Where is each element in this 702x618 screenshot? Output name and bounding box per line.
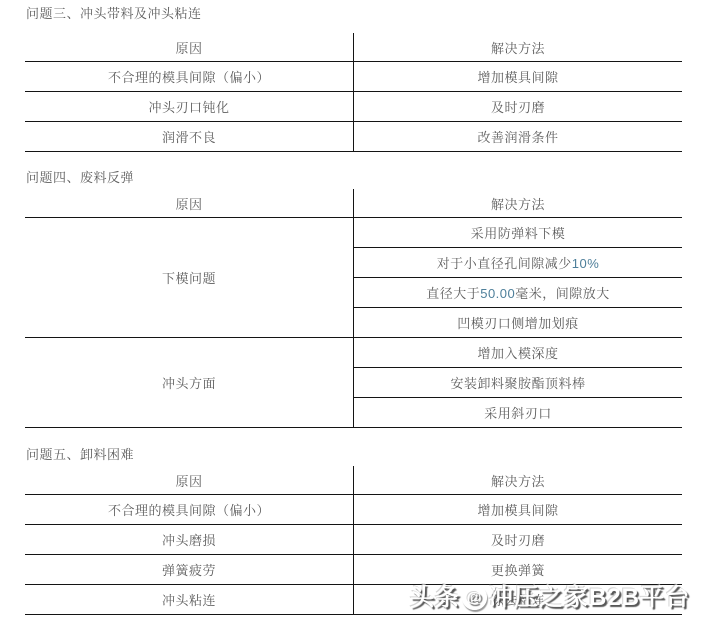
problem-section-4: 问题四、废料反弹 原因 解决方法 下模问题 采用防弹料下模 对于小直径孔间隙减少… xyxy=(0,171,702,428)
cause-cell: 冲头磨损 xyxy=(25,525,354,555)
section-title: 问题四、废料反弹 xyxy=(26,171,702,185)
article-page: 问题三、冲头带料及冲头粘连 原因 解决方法 不合理的模具间隙（偏小） 增加模具间… xyxy=(0,0,702,618)
header-row: 原因 解决方法 xyxy=(25,466,682,495)
solution-cell: 及时刃磨 xyxy=(354,525,683,555)
column-header-cause: 原因 xyxy=(25,466,354,495)
column-header-solution: 解决方法 xyxy=(354,33,683,62)
table-row: 冲头方面 增加入模深度 xyxy=(25,338,682,368)
solution-cell: 对于小直径孔间隙减少10% xyxy=(354,248,683,278)
solution-cell: 直径大于50.00毫米，间隙放大 xyxy=(354,278,683,308)
solution-cell: 及时刃磨 xyxy=(354,92,683,122)
solution-cell: 安装卸料聚胺酯顶料棒 xyxy=(354,368,683,398)
table-row: 冲头刃口钝化 及时刃磨 xyxy=(25,92,682,122)
table-row: 下模问题 采用防弹料下模 xyxy=(25,218,682,248)
table-row: 不合理的模具间隙（偏小） 增加模具间隙 xyxy=(25,495,682,525)
solution-cell: 增加入模深度 xyxy=(354,338,683,368)
column-header-solution: 解决方法 xyxy=(354,189,683,218)
solution-text: 毫米，间隙放大 xyxy=(515,286,610,301)
solution-text: 直径大于 xyxy=(426,286,480,301)
header-row: 原因 解决方法 xyxy=(25,189,682,218)
at-circle-icon: @ xyxy=(462,585,487,610)
column-header-cause: 原因 xyxy=(25,189,354,218)
solution-number: 50.00 xyxy=(480,286,515,301)
cause-cell: 冲头刃口钝化 xyxy=(25,92,354,122)
cause-solution-table: 原因 解决方法 不合理的模具间隙（偏小） 增加模具间隙 冲头刃口钝化 及时刃磨 … xyxy=(25,33,682,152)
column-header-solution: 解决方法 xyxy=(354,466,683,495)
cause-cell-merged: 冲头方面 xyxy=(25,338,354,428)
table-row: 冲头磨损 及时刃磨 xyxy=(25,525,682,555)
solution-number: 10% xyxy=(572,256,600,271)
cause-cell: 润滑不良 xyxy=(25,122,354,152)
solution-cell: 增加模具间隙 xyxy=(354,62,683,92)
solution-cell: 增加模具间隙 xyxy=(354,495,683,525)
cause-cell: 不合理的模具间隙（偏小） xyxy=(25,62,354,92)
solution-cell: 采用斜刃口 xyxy=(354,398,683,428)
watermark: 头条@冲压之家B2B平台 xyxy=(410,577,690,612)
table-row: 不合理的模具间隙（偏小） 增加模具间隙 xyxy=(25,62,682,92)
problem-section-3: 问题三、冲头带料及冲头粘连 原因 解决方法 不合理的模具间隙（偏小） 增加模具间… xyxy=(0,7,702,152)
column-header-cause: 原因 xyxy=(25,33,354,62)
solution-cell: 凹模刃口侧增加划痕 xyxy=(354,308,683,338)
cause-cell: 冲头粘连 xyxy=(25,585,354,615)
cause-solution-table: 原因 解决方法 下模问题 采用防弹料下模 对于小直径孔间隙减少10% 直径大于5… xyxy=(25,189,682,428)
cause-cell-merged: 下模问题 xyxy=(25,218,354,338)
solution-text: 对于小直径孔间隙减少 xyxy=(437,256,572,271)
watermark-prefix: 头条 xyxy=(410,584,460,611)
cause-cell: 不合理的模具间隙（偏小） xyxy=(25,495,354,525)
solution-cell: 改善润滑条件 xyxy=(354,122,683,152)
solution-cell: 采用防弹料下模 xyxy=(354,218,683,248)
watermark-name: 冲压之家B2B平台 xyxy=(489,584,690,611)
table-row: 润滑不良 改善润滑条件 xyxy=(25,122,682,152)
section-title: 问题三、冲头带料及冲头粘连 xyxy=(26,7,702,21)
cause-cell: 弹簧疲劳 xyxy=(25,555,354,585)
section-title: 问题五、卸料困难 xyxy=(26,448,702,462)
header-row: 原因 解决方法 xyxy=(25,33,682,62)
